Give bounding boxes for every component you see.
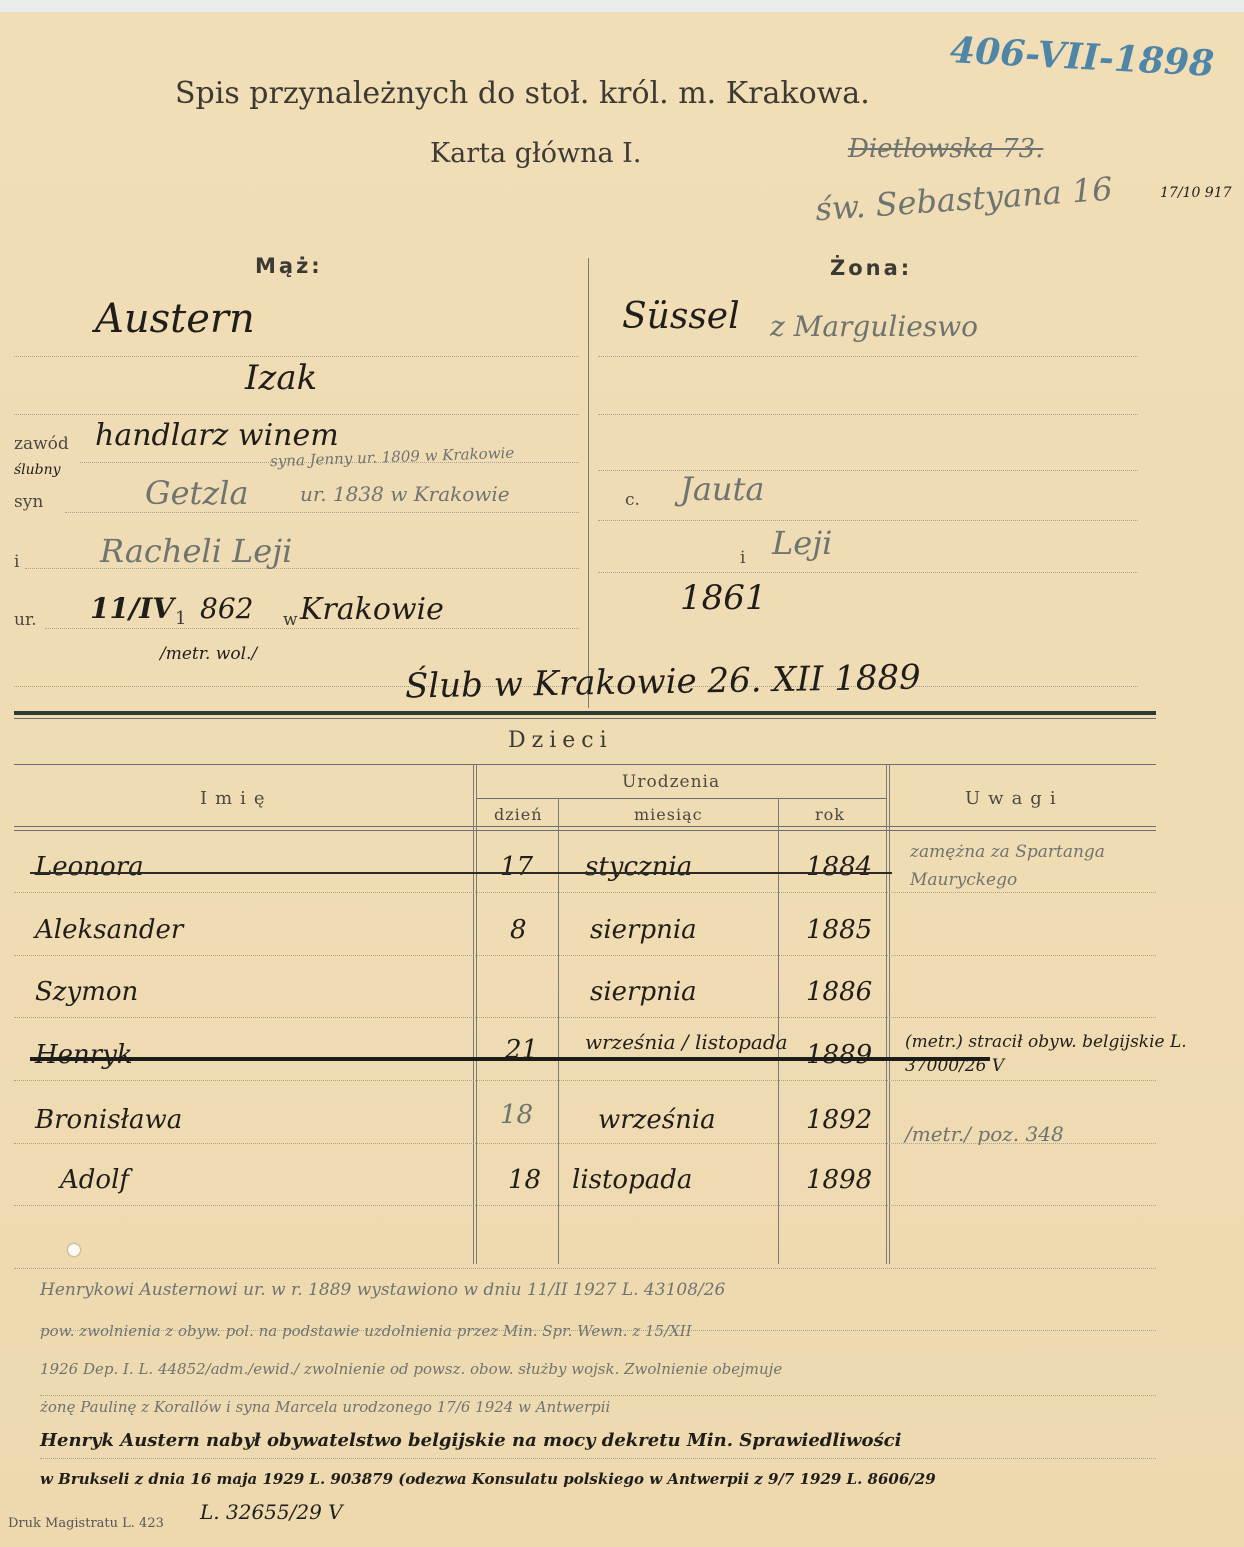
child-notes: /metr./ poz. 348 — [905, 1120, 1125, 1148]
row-line — [14, 1080, 1156, 1081]
son-label: syn — [14, 492, 43, 512]
wife-section-label: Żona: — [830, 256, 912, 280]
line — [598, 356, 1138, 357]
child-month: sierpnia — [590, 977, 697, 1007]
daughter-label: c. — [625, 490, 640, 510]
document-title: Spis przynależnych do stoł. król. m. Kra… — [175, 76, 870, 111]
in-label: w — [283, 610, 298, 630]
line — [598, 470, 1138, 471]
line — [65, 512, 579, 513]
header-birth: Urodzenia — [622, 772, 720, 792]
child-year: 1898 — [806, 1165, 872, 1195]
husband-birth-place: Krakowie — [300, 592, 444, 627]
child-name: Henryk — [35, 1040, 133, 1070]
scan-top-strip — [0, 0, 1244, 12]
wife-father: Jauta — [680, 470, 764, 508]
child-month: września / listopada — [585, 1030, 788, 1054]
table-vline — [473, 764, 474, 1264]
punch-hole — [68, 1244, 80, 1256]
footnote-pencil-2: pow. zwolnienia z obyw. pol. na podstawi… — [40, 1322, 692, 1340]
child-notes: (metr.) stracił obyw. belgijskie L. 3700… — [905, 1030, 1205, 1078]
footnote-ink-ref: L. 32655/29 V — [200, 1500, 343, 1524]
child-month: stycznia — [585, 852, 692, 882]
birth-year-prefix: 1 — [175, 608, 186, 629]
table-vline — [476, 764, 477, 1264]
wife-maiden-name: z Margulieswo — [770, 310, 978, 343]
table-vline — [886, 764, 887, 1264]
table-vline — [558, 798, 559, 1264]
header-day: dzień — [494, 805, 543, 824]
table-rule — [14, 826, 1156, 827]
child-day: 8 — [510, 915, 527, 945]
row-line — [14, 1205, 1156, 1206]
section-rule — [14, 711, 1156, 715]
strikethrough-line — [30, 872, 892, 874]
son-prefix-note: ślubny — [14, 462, 61, 478]
husband-birth-note: /metr. wol./ — [160, 644, 257, 664]
table-rule — [14, 830, 1156, 831]
line — [598, 520, 1138, 521]
section-rule-thin — [14, 718, 1156, 719]
row-line — [14, 955, 1156, 956]
footnote-ink-2: w Brukseli z dnia 16 maja 1929 L. 903879… — [40, 1470, 936, 1488]
child-name: Aleksander — [35, 915, 183, 945]
husband-section-label: Mąż: — [255, 254, 323, 278]
child-name: Bronisława — [35, 1105, 182, 1135]
row-line — [14, 1268, 1156, 1269]
wife-and-label: i — [740, 548, 745, 568]
document-subtitle: Karta główna I. — [430, 138, 641, 169]
husband-surname: Austern — [95, 296, 255, 342]
footnote-line — [40, 1395, 1156, 1396]
child-year: 1885 — [806, 915, 872, 945]
child-day: 18 — [500, 1100, 533, 1130]
line — [14, 356, 579, 357]
husband-given-name: Izak — [245, 358, 317, 398]
address-note: 17/10 917 — [1160, 185, 1232, 201]
table-rule — [14, 764, 1156, 765]
address-old: Dietlowska 73. — [848, 134, 1043, 164]
child-year: 1884 — [806, 852, 872, 882]
husband-birth-day-month: 11/IV — [90, 592, 174, 625]
footnote-pencil-4: żonę Paulinę z Korallów i syna Marcela u… — [40, 1398, 610, 1416]
table-vline — [889, 764, 890, 1264]
column-divider — [588, 258, 589, 708]
child-name: Adolf — [60, 1165, 129, 1195]
footnote-pencil-1: Henrykowi Austernowi ur. w r. 1889 wysta… — [40, 1280, 725, 1300]
child-name: Szymon — [35, 977, 138, 1007]
footnote-line — [40, 1458, 1156, 1459]
row-line — [14, 1017, 1156, 1018]
husband-occupation: handlarz winem — [95, 418, 339, 453]
header-month: miesiąc — [634, 805, 703, 824]
line — [598, 572, 1138, 573]
child-day: 18 — [508, 1165, 541, 1195]
child-month: sierpnia — [590, 915, 697, 945]
child-name: Leonora — [35, 852, 144, 882]
table-rule — [476, 798, 886, 799]
child-day: 17 — [500, 852, 533, 882]
child-month: listopada — [572, 1165, 692, 1195]
header-name: Imię — [200, 788, 273, 809]
wife-birth-year: 1861 — [680, 578, 767, 618]
children-section-label: Dzieci — [508, 728, 613, 753]
occupation-label: zawód — [14, 434, 69, 454]
line — [14, 414, 579, 415]
line — [45, 628, 579, 629]
husband-father: Getzla — [145, 474, 249, 512]
strikethrough-line — [30, 1057, 990, 1061]
child-notes: zamężna za Spartanga Mauryckego — [910, 838, 1140, 894]
husband-mother: Racheli Leji — [100, 532, 292, 570]
wife-name: Süssel — [622, 296, 740, 337]
header-year: rok — [815, 805, 845, 824]
line — [598, 414, 1138, 415]
wife-mother: Leji — [772, 524, 832, 562]
and-label: i — [14, 552, 19, 572]
header-notes: Uwagi — [965, 788, 1064, 809]
child-year: 1886 — [806, 977, 872, 1007]
child-year: 1889 — [806, 1040, 872, 1070]
father-birth: ur. 1838 w Krakowie — [300, 482, 510, 506]
child-year: 1892 — [806, 1105, 872, 1135]
printer-mark: Druk Magistratu L. 423 — [8, 1516, 164, 1531]
born-label: ur. — [14, 610, 37, 630]
husband-birth-year: 862 — [200, 592, 253, 625]
footnote-pencil-3: 1926 Dep. I. L. 44852/adm./ewid./ zwolni… — [40, 1360, 782, 1378]
footnote-ink-1: Henryk Austern nabył obywatelstwo belgij… — [40, 1430, 901, 1451]
child-month: września — [598, 1105, 716, 1135]
